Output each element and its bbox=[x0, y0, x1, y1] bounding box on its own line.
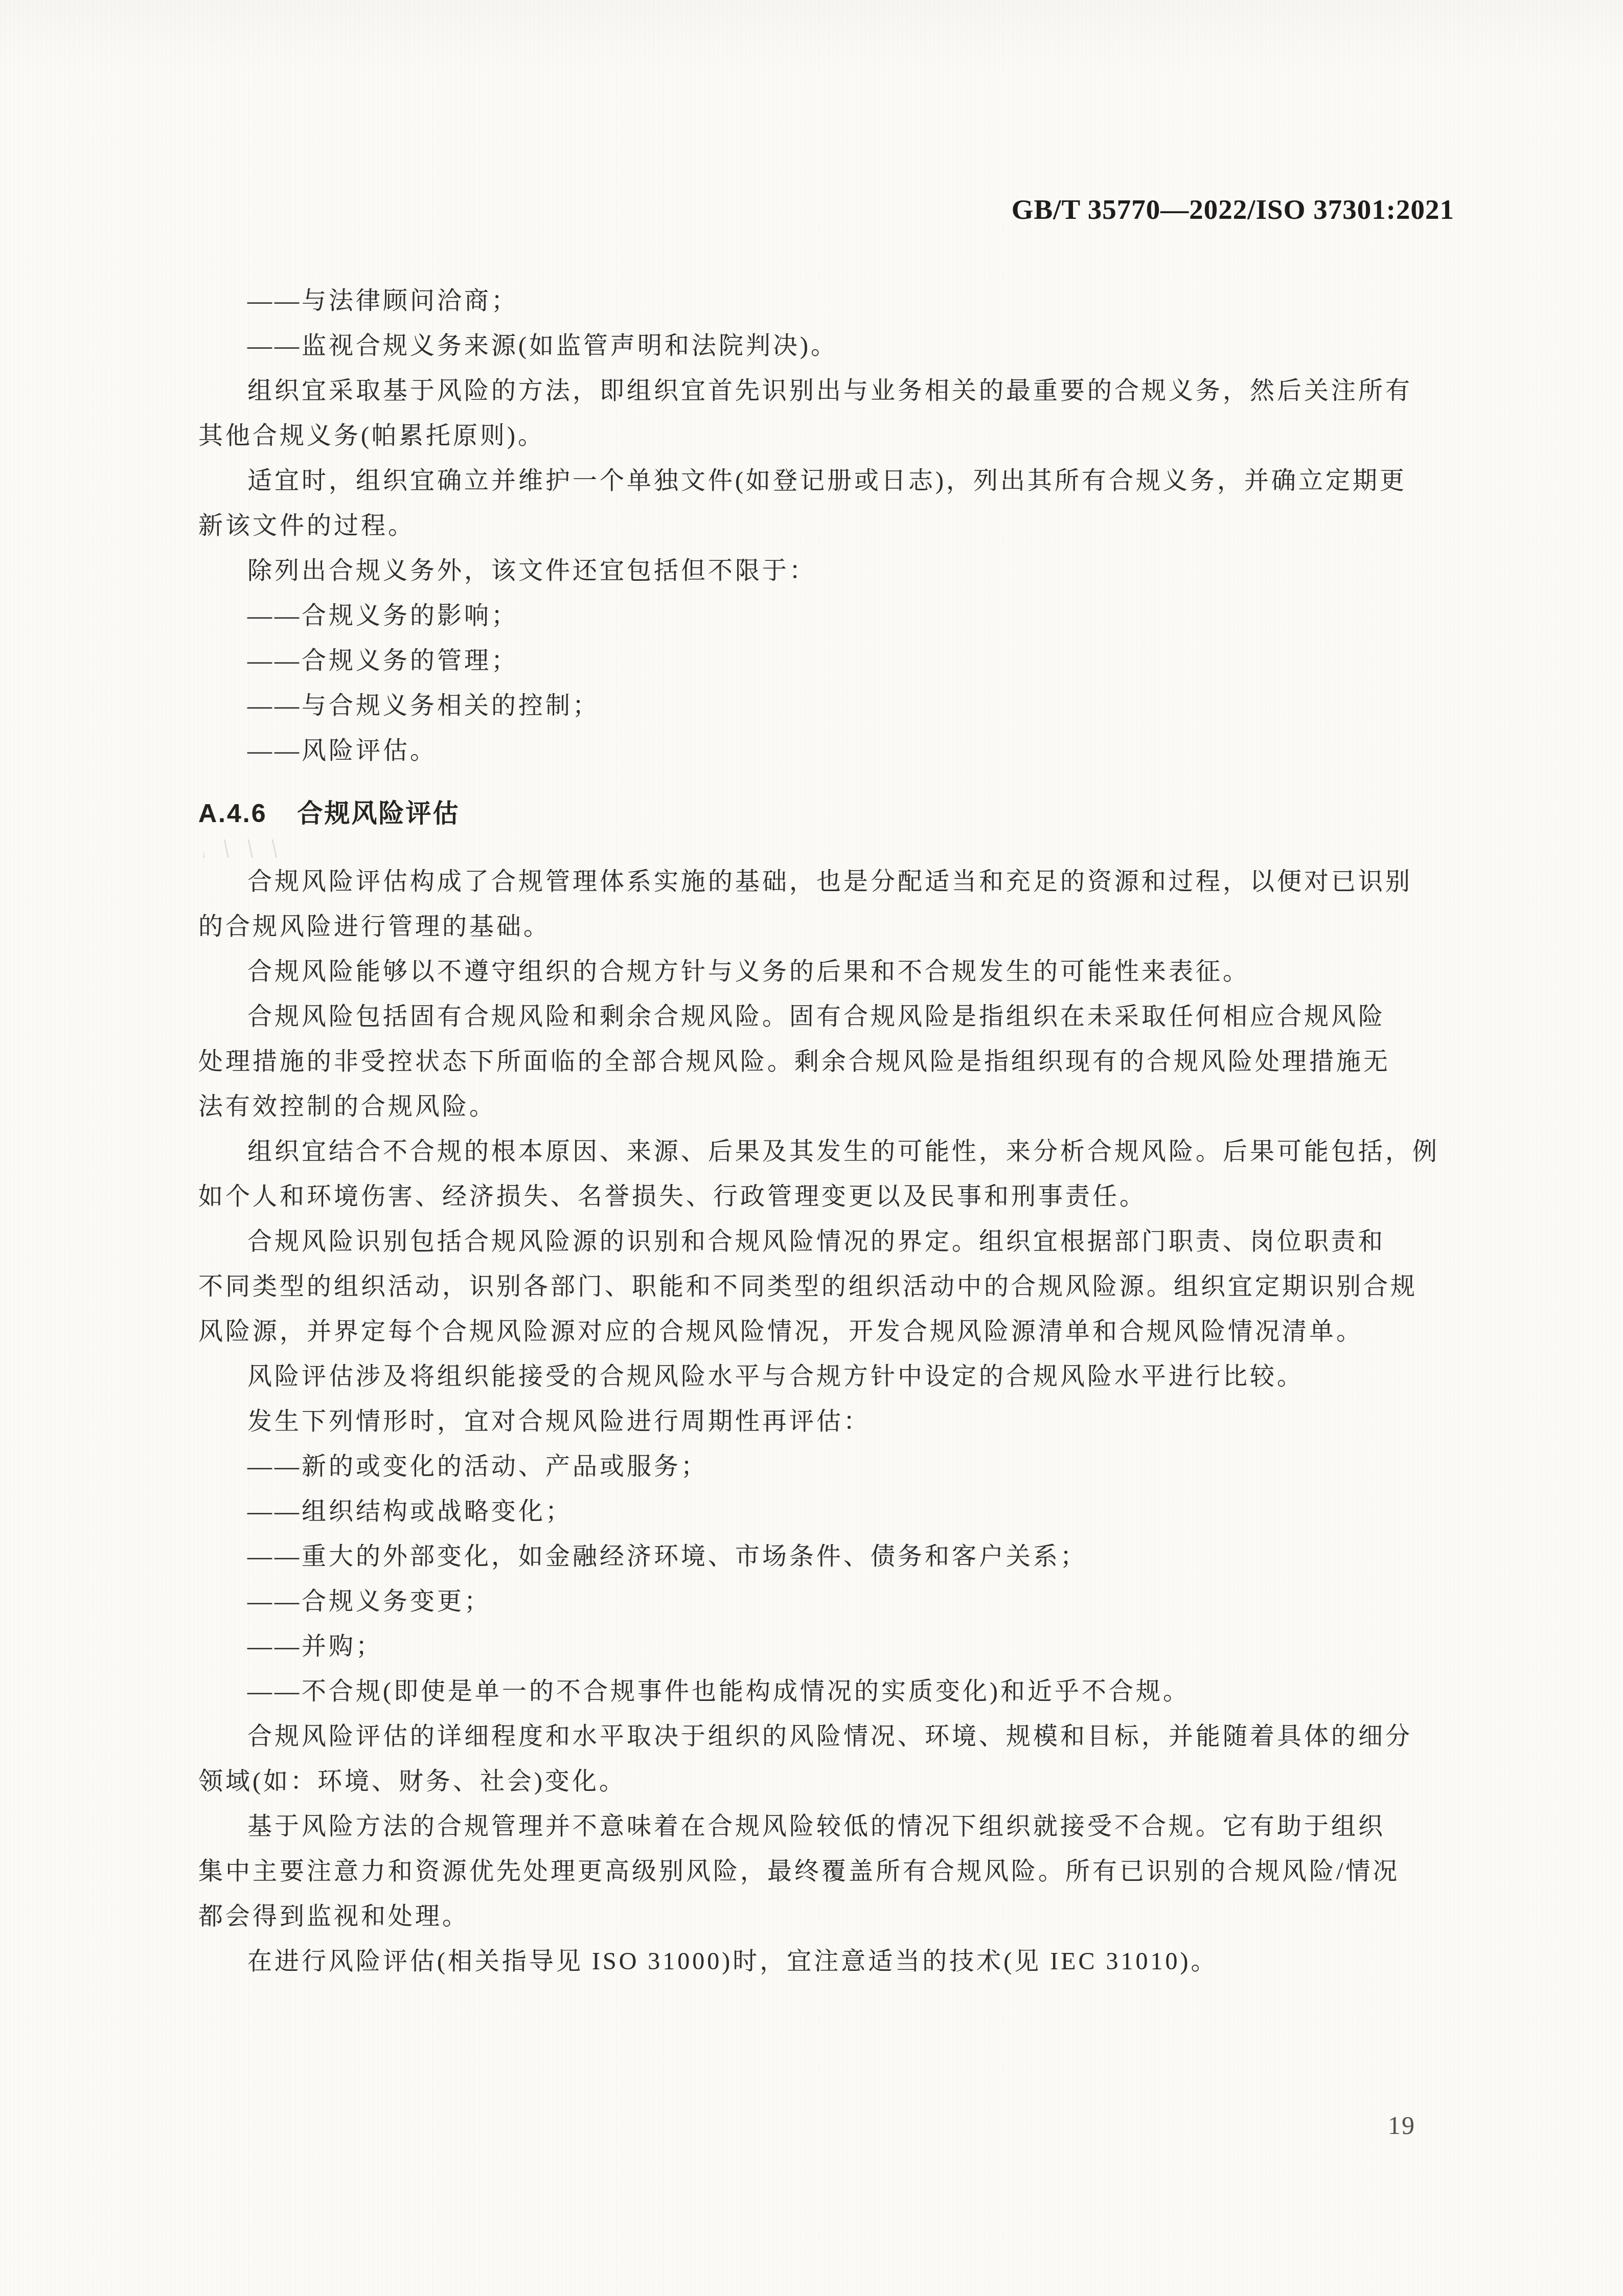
text-line: ——合规义务变更； bbox=[198, 1579, 1453, 1624]
text-line: 如个人和环境伤害、经济损失、名誉损失、行政管理变更以及民事和刑事责任。 bbox=[198, 1174, 1453, 1219]
text-line: 基于风险方法的合规管理并不意味着在合规风险较低的情况下组织就接受不合规。它有助于… bbox=[198, 1804, 1453, 1849]
text-line: 处理措施的非受控状态下所面临的全部合规风险。剩余合规风险是指组织现有的合规风险处… bbox=[198, 1039, 1453, 1084]
text-line: 合规风险识别包括合规风险源的识别和合规风险情况的界定。组织宜根据部门职责、岗位职… bbox=[198, 1219, 1453, 1264]
text-line: 法有效控制的合规风险。 bbox=[198, 1084, 1453, 1129]
text-line: ——与法律顾问洽商； bbox=[198, 279, 1453, 324]
text-line: 集中主要注意力和资源优先处理更高级别风险，最终覆盖所有合规风险。所有已识别的合规… bbox=[198, 1849, 1453, 1894]
body-block-1: ——与法律顾问洽商；——监视合规义务来源(如监管声明和法院判决)。组织宜采取基于… bbox=[198, 279, 1453, 774]
text-line: ——新的或变化的活动、产品或服务； bbox=[198, 1444, 1453, 1489]
text-line: ——风险评估。 bbox=[198, 729, 1453, 774]
text-line: 不同类型的组织活动，识别各部门、职能和不同类型的组织活动中的合规风险源。组织宜定… bbox=[198, 1264, 1453, 1309]
text-line: 合规风险评估的详细程度和水平取决于组织的风险情况、环境、规模和目标，并能随着具体… bbox=[198, 1714, 1453, 1759]
text-line: 都会得到监视和处理。 bbox=[198, 1894, 1453, 1939]
text-line: ——监视合规义务来源(如监管声明和法院判决)。 bbox=[198, 324, 1453, 369]
body-block-2: 合规风险评估构成了合规管理体系实施的基础，也是分配适当和充足的资源和过程，以便对… bbox=[198, 859, 1453, 1984]
text-line: 适宜时，组织宜确立并维护一个单独文件(如登记册或日志)，列出其所有合规义务，并确… bbox=[198, 459, 1453, 504]
text-line: ——不合规(即使是单一的不合规事件也能构成情况的实质变化)和近乎不合规。 bbox=[198, 1669, 1453, 1714]
text-line: 的合规风险进行管理的基础。 bbox=[198, 904, 1453, 949]
scanned-standard-page: { "colors": { "background": "#fbfaf7", "… bbox=[0, 0, 1623, 2296]
text-line: 组织宜结合不合规的根本原因、来源、后果及其发生的可能性，来分析合规风险。后果可能… bbox=[198, 1129, 1453, 1174]
section-title: 合规风险评估 bbox=[297, 799, 460, 828]
text-line: 合规风险包括固有合规风险和剩余合规风险。固有合规风险是指组织在未采取任何相应合规… bbox=[198, 994, 1453, 1039]
standard-code-header: GB/T 35770—2022/ISO 37301:2021 bbox=[1012, 193, 1454, 225]
document-body: ——与法律顾问洽商；——监视合规义务来源(如监管声明和法院判决)。组织宜采取基于… bbox=[198, 279, 1453, 1984]
text-line: 发生下列情形时，宜对合规风险进行周期性再评估： bbox=[198, 1399, 1453, 1444]
text-line: 领域(如：环境、财务、社会)变化。 bbox=[198, 1759, 1453, 1804]
section-heading: A.4.6 合规风险评估 bbox=[198, 791, 1453, 836]
page-number: 19 bbox=[1388, 2110, 1415, 2140]
text-line: 风险评估涉及将组织能接受的合规风险水平与合规方针中设定的合规风险水平进行比较。 bbox=[198, 1354, 1453, 1399]
text-line: 合规风险能够以不遵守组织的合规方针与义务的后果和不合规发生的可能性来表征。 bbox=[198, 949, 1453, 994]
text-line: 新该文件的过程。 bbox=[198, 504, 1453, 549]
text-line: 合规风险评估构成了合规管理体系实施的基础，也是分配适当和充足的资源和过程，以便对… bbox=[198, 859, 1453, 904]
text-line: 除列出合规义务外，该文件还宜包括但不限于： bbox=[198, 549, 1453, 594]
text-line: 风险源，并界定每个合规风险源对应的合规风险情况，开发合规风险源清单和合规风险情况… bbox=[198, 1309, 1453, 1354]
text-line: ——重大的外部变化，如金融经济环境、市场条件、债务和客户关系； bbox=[198, 1534, 1453, 1579]
text-line: 在进行风险评估(相关指导见 ISO 31000)时，宜注意适当的技术(见 IEC… bbox=[198, 1939, 1453, 1984]
text-line: ——合规义务的管理； bbox=[198, 639, 1453, 684]
text-line: ——与合规义务相关的控制； bbox=[198, 684, 1453, 729]
text-line: 组织宜采取基于风险的方法，即组织宜首先识别出与业务相关的最重要的合规义务，然后关… bbox=[198, 369, 1453, 414]
text-line: ——并购； bbox=[198, 1624, 1453, 1669]
section-number: A.4.6 bbox=[198, 799, 267, 828]
text-line: ——合规义务的影响； bbox=[198, 594, 1453, 639]
text-line: 其他合规义务(帕累托原则)。 bbox=[198, 414, 1453, 459]
text-line: ——组织结构或战略变化； bbox=[198, 1489, 1453, 1534]
